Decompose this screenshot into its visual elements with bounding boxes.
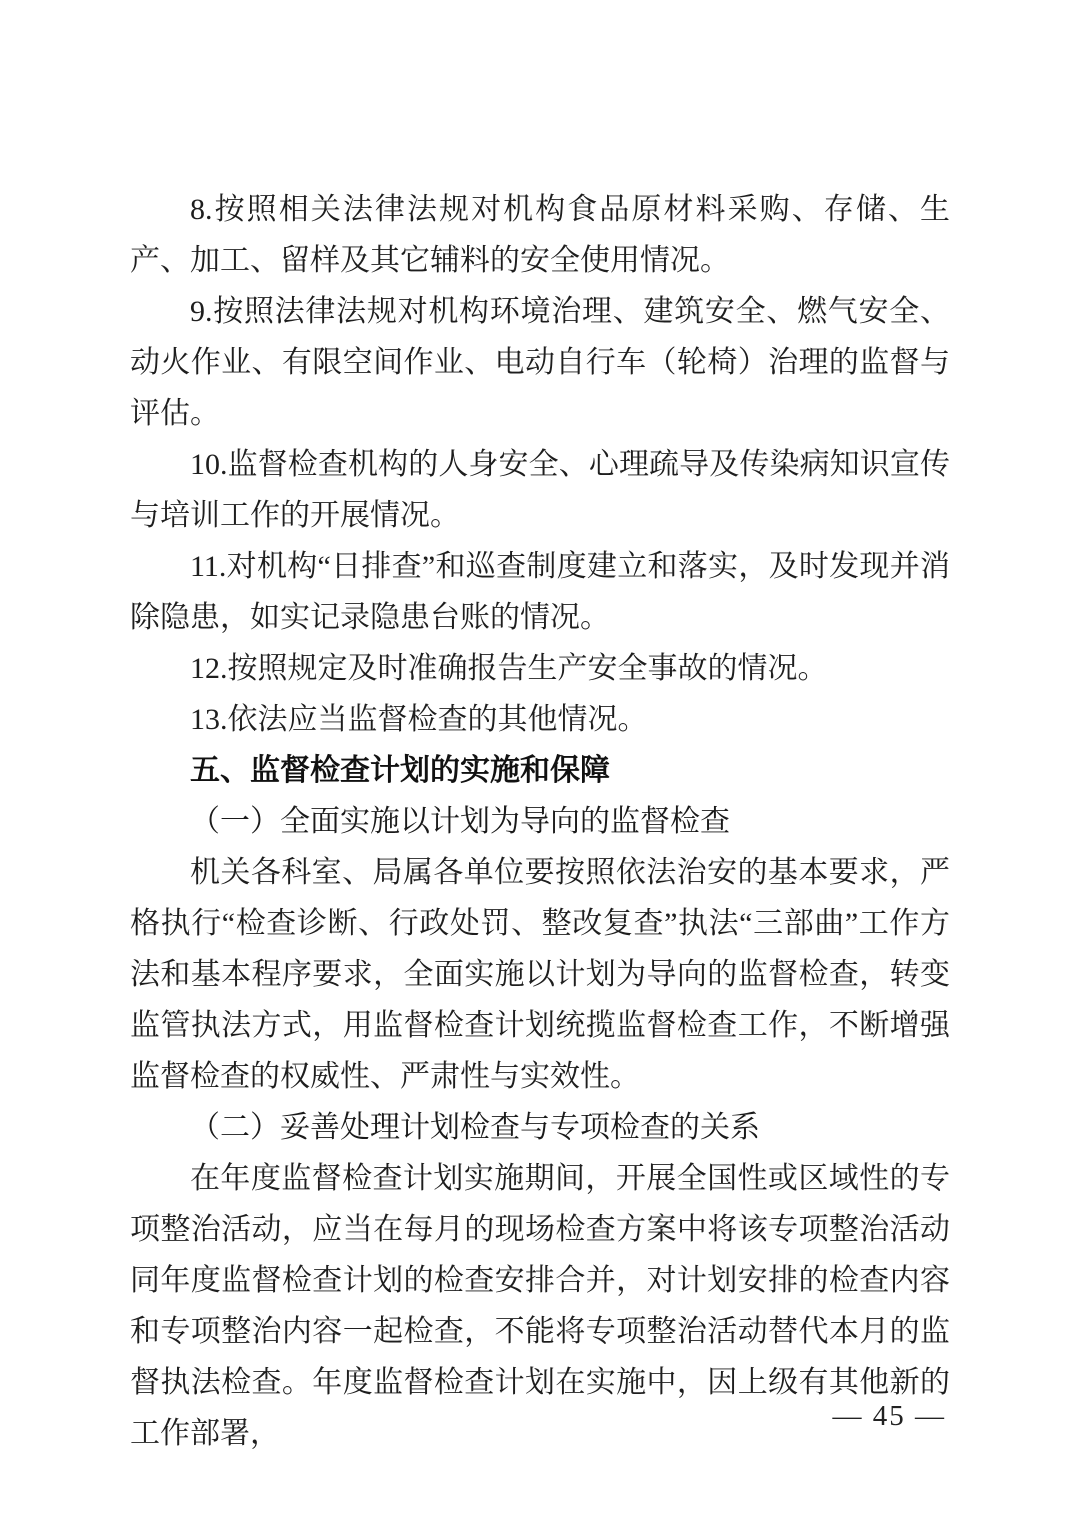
numbered-item-13: 13.依法应当监督检查的其他情况。 [130,694,950,745]
subsection-1-heading: （一）全面实施以计划为导向的监督检查 [130,796,950,847]
subsection-2-paragraph: 在年度监督检查计划实施期间，开展全国性或区域性的专项整治活动，应当在每月的现场检… [130,1153,950,1459]
numbered-item-10: 10.监督检查机构的人身安全、心理疏导及传染病知识宣传与培训工作的开展情况。 [130,439,950,541]
numbered-item-8: 8.按照相关法律法规对机构食品原材料采购、存储、生产、加工、留样及其它辅料的安全… [130,184,950,286]
section-heading: 五、监督检查计划的实施和保障 [130,745,950,796]
subsection-1-paragraph: 机关各科室、局属各单位要按照依法治安的基本要求，严格执行“检查诊断、行政处罚、整… [130,847,950,1102]
document-body: 8.按照相关法律法规对机构食品原材料采购、存储、生产、加工、留样及其它辅料的安全… [130,184,950,1459]
subsection-2-heading: （二）妥善处理计划检查与专项检查的关系 [130,1102,950,1153]
numbered-item-12: 12.按照规定及时准确报告生产安全事故的情况。 [130,643,950,694]
page-number: — 45 — [833,1398,947,1434]
numbered-item-11: 11.对机构“日排查”和巡查制度建立和落实，及时发现并消除隐患，如实记录隐患台账… [130,541,950,643]
numbered-item-9: 9.按照法律法规对机构环境治理、建筑安全、燃气安全、动火作业、有限空间作业、电动… [130,286,950,439]
document-page: 8.按照相关法律法规对机构食品原材料采购、存储、生产、加工、留样及其它辅料的安全… [0,0,1074,1520]
